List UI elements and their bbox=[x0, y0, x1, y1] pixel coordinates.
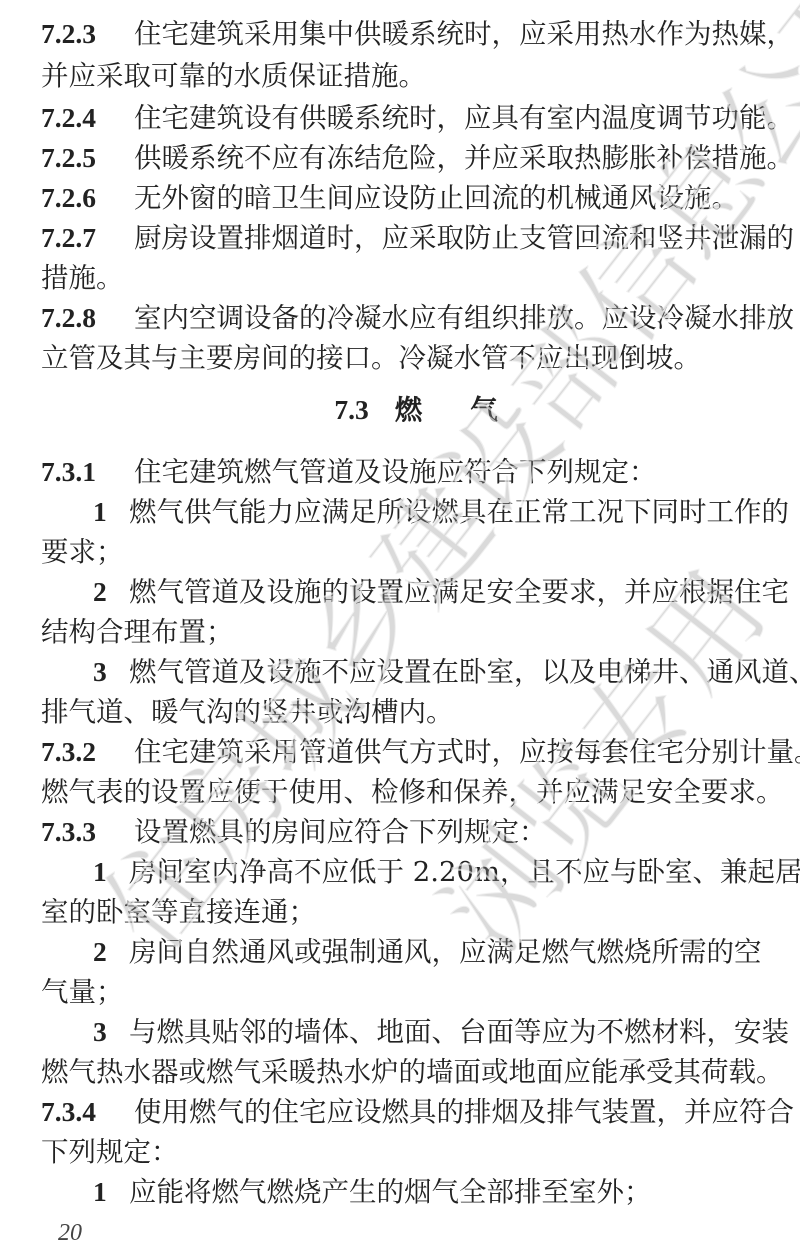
continuation-line: 排气道、暖气沟的竖井或沟槽内。 bbox=[41, 692, 454, 732]
item-text: 燃气热水器或燃气采暖热水炉的墙面或地面应能承受其荷载。 bbox=[41, 1056, 784, 1088]
list-item: 3与燃具贴邻的墙体、地面、台面等应为不燃材料，安装 bbox=[93, 1012, 789, 1052]
item-number: 1 bbox=[93, 852, 129, 892]
clause-number: 7.2.4 bbox=[41, 98, 134, 138]
clause-text: 措施。 bbox=[41, 262, 124, 294]
item-text: 气量； bbox=[41, 976, 124, 1008]
clause-number: 7.3.1 bbox=[41, 452, 134, 492]
continuation-line: 立管及其与主要房间的接口。冷凝水管不应出现倒坡。 bbox=[41, 338, 701, 378]
clause-text: 住宅建筑采用集中供暖系统时，应采用热水作为热媒， bbox=[134, 18, 794, 50]
continuation-line: 室的卧室等直接连通； bbox=[41, 892, 316, 932]
section-heading: 7.3燃气 bbox=[41, 390, 791, 430]
item-text: 燃气供气能力应满足所设燃具在正常工况下同时工作的 bbox=[129, 496, 789, 528]
clause-text: 立管及其与主要房间的接口。冷凝水管不应出现倒坡。 bbox=[41, 342, 701, 374]
clause-text: 住宅建筑设有供暖系统时，应具有室内温度调节功能。 bbox=[134, 102, 794, 134]
list-item: 2房间自然通风或强制通风，应满足燃气燃烧所需的空 bbox=[93, 932, 762, 972]
clause-7-2-4: 7.2.4住宅建筑设有供暖系统时，应具有室内温度调节功能。 bbox=[41, 98, 794, 138]
clause-text: 室内空调设备的冷凝水应有组织排放。应设冷凝水排放 bbox=[134, 302, 794, 334]
item-text: 燃气管道及设施不应设置在卧室，以及电梯井、通风道、 bbox=[129, 656, 800, 688]
list-item: 2燃气管道及设施的设置应满足安全要求，并应根据住宅 bbox=[93, 572, 789, 612]
item-number: 1 bbox=[93, 1172, 129, 1212]
item-text: 与燃具贴邻的墙体、地面、台面等应为不燃材料，安装 bbox=[129, 1016, 789, 1048]
clause-text: 下列规定： bbox=[41, 1136, 179, 1168]
clause-text: 使用燃气的住宅应设燃具的排烟及排气装置，并应符合 bbox=[134, 1096, 794, 1128]
continuation-line: 要求； bbox=[41, 532, 124, 572]
clause-7-3-4: 7.3.4使用燃气的住宅应设燃具的排烟及排气装置，并应符合 bbox=[41, 1092, 794, 1132]
item-number: 2 bbox=[93, 932, 129, 972]
clause-7-2-7: 7.2.7厨房设置排烟道时，应采取防止支管回流和竖井泄漏的 bbox=[41, 218, 794, 258]
clause-text: 厨房设置排烟道时，应采取防止支管回流和竖井泄漏的 bbox=[134, 222, 794, 254]
list-item: 1房间室内净高不应低于 2.20m，且不应与卧室、兼起居 bbox=[93, 852, 800, 892]
clause-number: 7.2.5 bbox=[41, 138, 134, 178]
item-number: 1 bbox=[93, 492, 129, 532]
item-text: 室的卧室等直接连通； bbox=[41, 896, 316, 928]
item-number: 2 bbox=[93, 572, 129, 612]
clause-number: 7.3.4 bbox=[41, 1092, 134, 1132]
clause-7-3-1: 7.3.1住宅建筑燃气管道及设施应符合下列规定： bbox=[41, 452, 657, 492]
clause-text: 住宅建筑燃气管道及设施应符合下列规定： bbox=[134, 456, 657, 488]
clause-text: 燃气表的设置应便于使用、检修和保养，并应满足安全要求。 bbox=[41, 776, 784, 808]
page-number: 20 bbox=[58, 1220, 82, 1247]
item-text: 排气道、暖气沟的竖井或沟槽内。 bbox=[41, 696, 454, 728]
clause-number: 7.3.3 bbox=[41, 812, 134, 852]
clause-number: 7.2.6 bbox=[41, 178, 134, 218]
continuation-line: 气量； bbox=[41, 972, 124, 1012]
clause-7-2-3: 7.2.3住宅建筑采用集中供暖系统时，应采用热水作为热媒， bbox=[41, 14, 794, 54]
item-text: 结构合理布置； bbox=[41, 616, 234, 648]
clause-7-2-6: 7.2.6无外窗的暗卫生间应设防止回流的机械通风设施。 bbox=[41, 178, 739, 218]
item-number: 3 bbox=[93, 1012, 129, 1052]
clause-text: 住宅建筑采用管道供气方式时，应按每套住宅分别计量。 bbox=[134, 736, 800, 768]
clause-text: 无外窗的暗卫生间应设防止回流的机械通风设施。 bbox=[134, 182, 739, 214]
continuation-line: 并应采取可靠的水质保证措施。 bbox=[41, 56, 426, 96]
continuation-line: 结构合理布置； bbox=[41, 612, 234, 652]
list-item: 3燃气管道及设施不应设置在卧室，以及电梯井、通风道、 bbox=[93, 652, 800, 692]
clause-7-2-5: 7.2.5供暖系统不应有冻结危险，并应采取热膨胀补偿措施。 bbox=[41, 138, 794, 178]
clause-text: 设置燃具的房间应符合下列规定： bbox=[134, 816, 547, 848]
clause-number: 7.2.7 bbox=[41, 218, 134, 258]
clause-text: 并应采取可靠的水质保证措施。 bbox=[41, 60, 426, 92]
continuation-line: 燃气热水器或燃气采暖热水炉的墙面或地面应能承受其荷载。 bbox=[41, 1052, 784, 1092]
clause-number: 7.3.2 bbox=[41, 732, 134, 772]
clause-text: 供暖系统不应有冻结危险，并应采取热膨胀补偿措施。 bbox=[134, 142, 794, 174]
item-number: 3 bbox=[93, 652, 129, 692]
clause-7-3-2: 7.3.2住宅建筑采用管道供气方式时，应按每套住宅分别计量。 bbox=[41, 732, 800, 772]
section-title-part1: 燃 bbox=[395, 394, 423, 426]
item-text: 燃气管道及设施的设置应满足安全要求，并应根据住宅 bbox=[129, 576, 789, 608]
continuation-line: 措施。 bbox=[41, 258, 124, 298]
list-item: 1燃气供气能力应满足所设燃具在正常工况下同时工作的 bbox=[93, 492, 789, 532]
section-title-part2: 气 bbox=[470, 394, 498, 426]
item-text: 要求； bbox=[41, 536, 124, 568]
item-text: 房间自然通风或强制通风，应满足燃气燃烧所需的空 bbox=[129, 936, 762, 968]
clause-number: 7.2.3 bbox=[41, 14, 134, 54]
section-number: 7.3 bbox=[334, 394, 368, 425]
continuation-line: 下列规定： bbox=[41, 1132, 179, 1172]
clause-7-2-8: 7.2.8室内空调设备的冷凝水应有组织排放。应设冷凝水排放 bbox=[41, 298, 794, 338]
clause-number: 7.2.8 bbox=[41, 298, 134, 338]
item-text: 应能将燃气燃烧产生的烟气全部排至室外； bbox=[129, 1176, 652, 1208]
continuation-line: 燃气表的设置应便于使用、检修和保养，并应满足安全要求。 bbox=[41, 772, 784, 812]
clause-7-3-3: 7.3.3设置燃具的房间应符合下列规定： bbox=[41, 812, 547, 852]
list-item: 1应能将燃气燃烧产生的烟气全部排至室外； bbox=[93, 1172, 652, 1212]
item-text: 房间室内净高不应低于 2.20m，且不应与卧室、兼起居 bbox=[129, 856, 800, 888]
